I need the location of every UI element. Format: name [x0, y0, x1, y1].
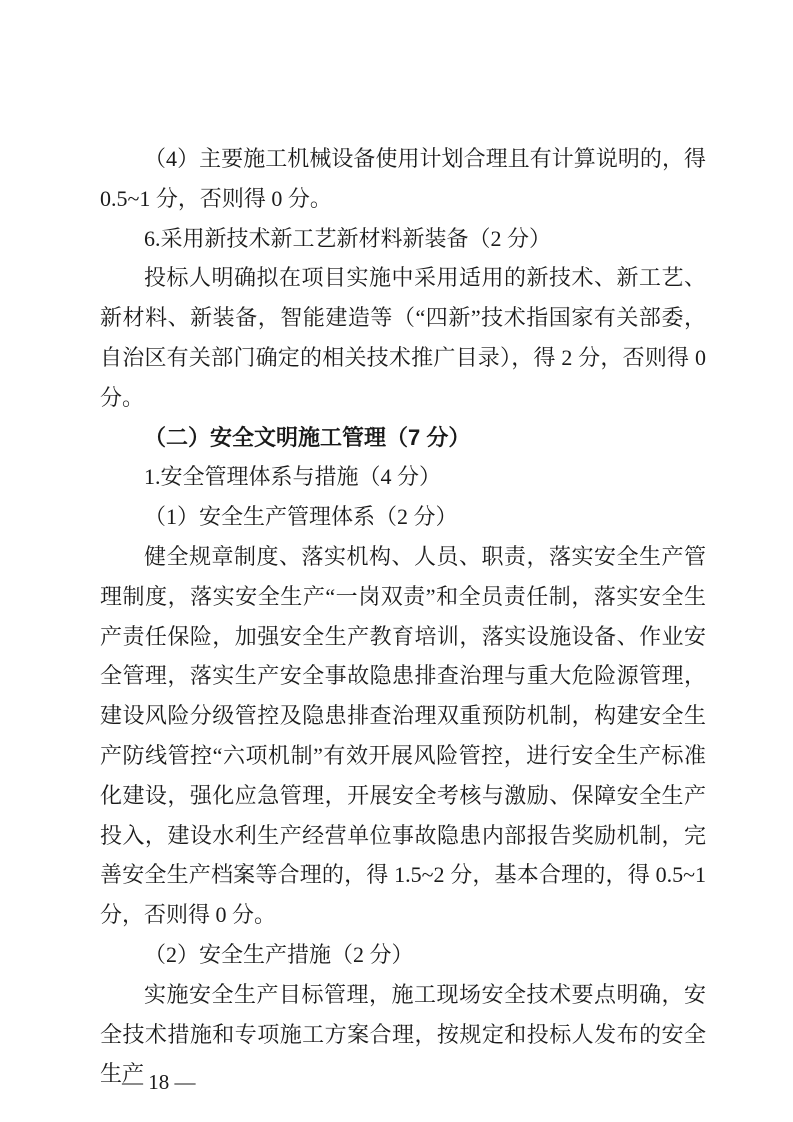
- clause-1-safety-production-system-heading: （1）安全生产管理体系（2 分）: [100, 497, 706, 537]
- document-page: （4）主要施工机械设备使用计划合理且有计算说明的，得 0.5~1 分，否则得 0…: [0, 0, 793, 1122]
- clause-2-safety-production-measures-heading: （2）安全生产措施（2 分）: [100, 935, 706, 975]
- item-6-new-technology-detail: 投标人明确拟在项目实施中采用适用的新技术、新工艺、新材料、新装备，智能建造等（“…: [100, 258, 706, 417]
- document-body: （4）主要施工机械设备使用计划合理且有计算说明的，得 0.5~1 分，否则得 0…: [100, 139, 706, 1094]
- section-2-safety-civilized-construction-heading: （二）安全文明施工管理（7 分）: [100, 418, 706, 458]
- item-1-safety-system-measures-heading: 1.安全管理体系与措施（4 分）: [100, 457, 706, 497]
- clause-4-machinery-plan: （4）主要施工机械设备使用计划合理且有计算说明的，得 0.5~1 分，否则得 0…: [100, 139, 706, 219]
- page-number-text: — 18 —: [122, 1070, 196, 1094]
- page-number: — 18 —: [101, 1037, 196, 1122]
- clause-1-safety-production-system-detail: 健全规章制度、落实机构、人员、职责，落实安全生产管理制度，落实安全生产“一岗双责…: [100, 537, 706, 935]
- item-6-new-technology-heading: 6.采用新技术新工艺新材料新装备（2 分）: [100, 219, 706, 259]
